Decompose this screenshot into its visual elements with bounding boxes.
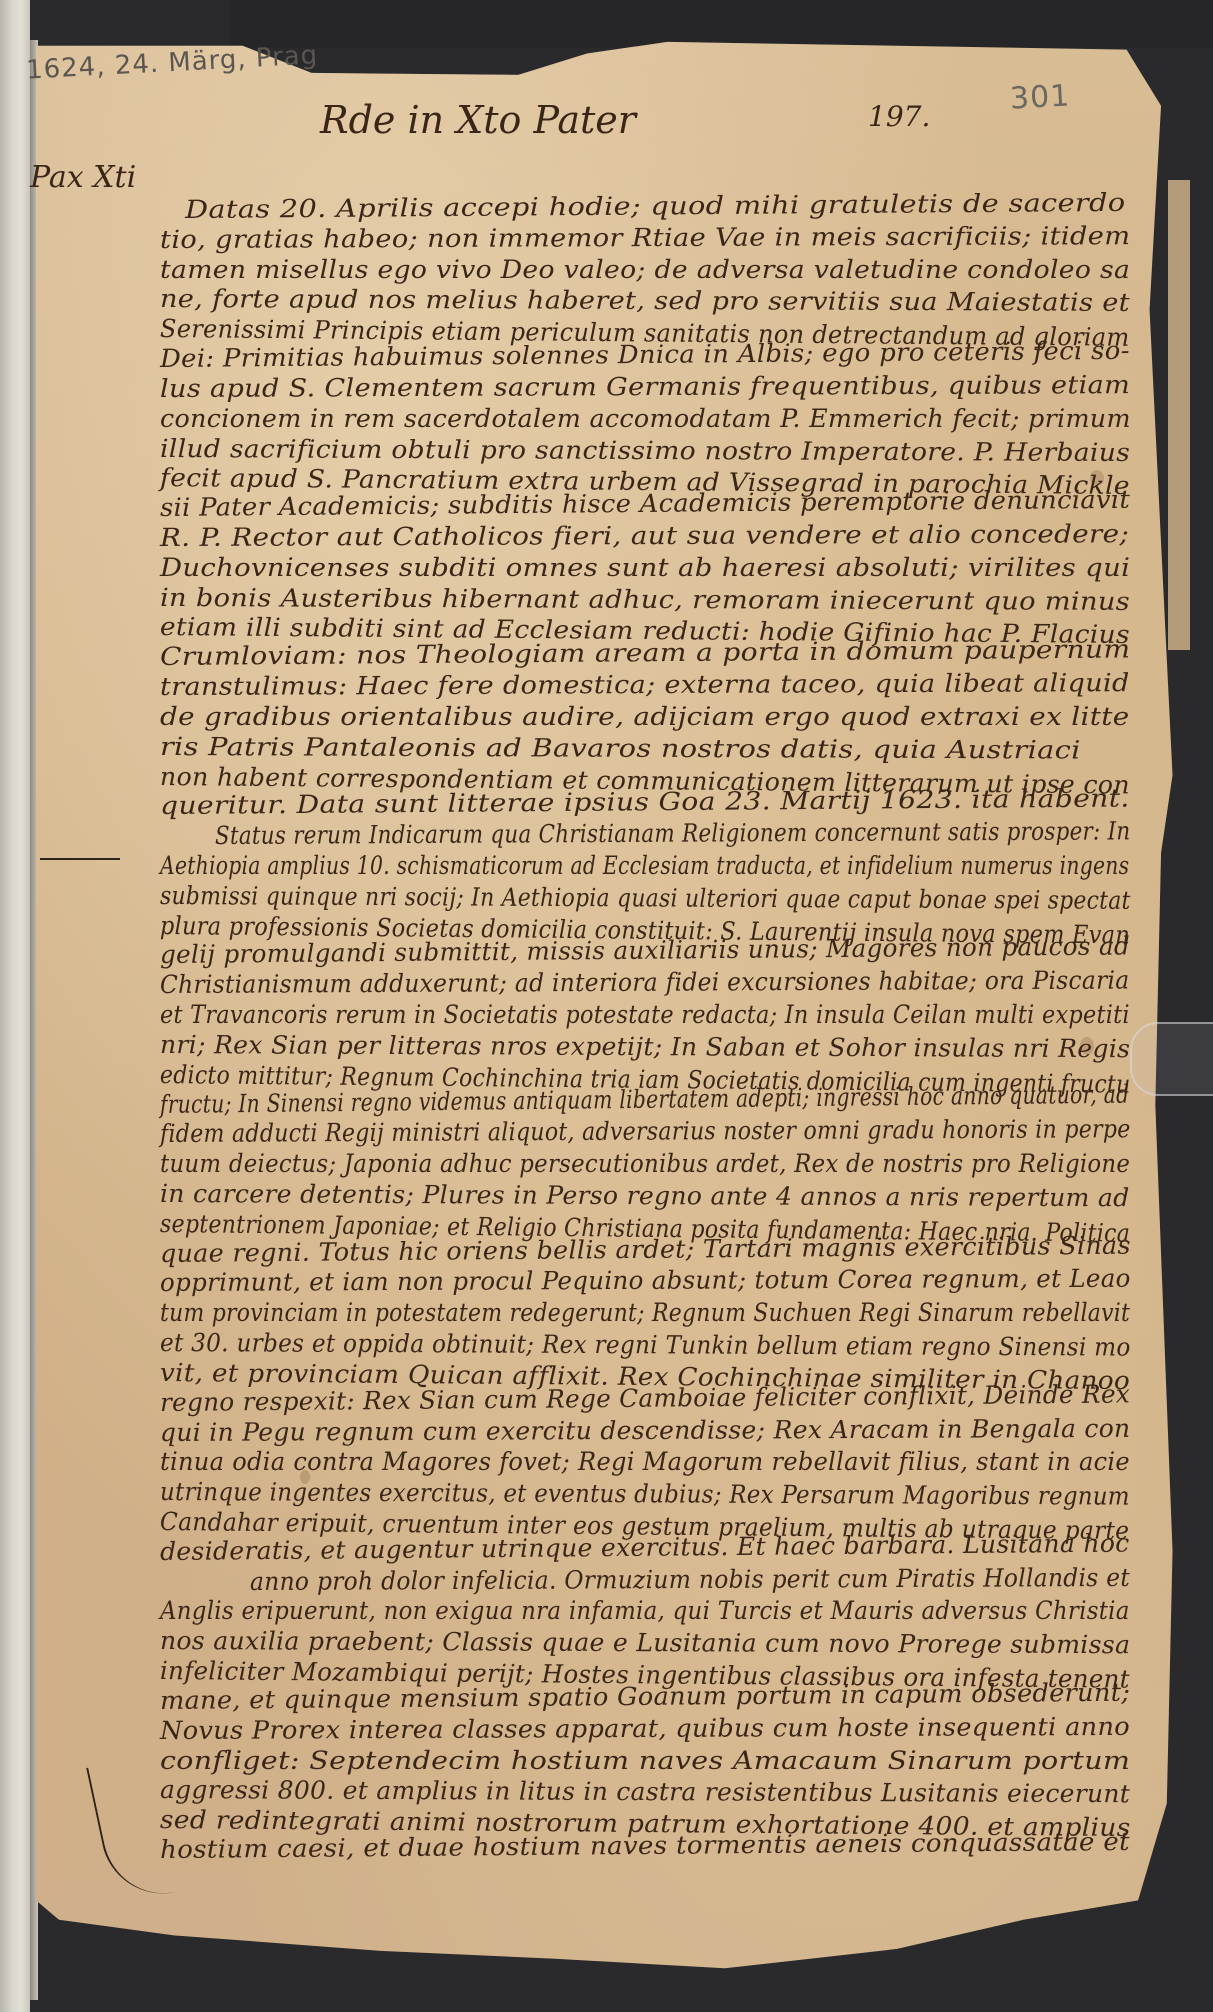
- manuscript-line: illud sacrificium obtuli pro sanctissimo…: [160, 434, 1130, 467]
- manuscript-line: R. P. Rector aut Catholicos fieri, aut s…: [160, 519, 1129, 552]
- manuscript-line: Duchovnicenses subditi omnes sunt ab hae…: [160, 553, 1130, 582]
- manuscript-line: tum provinciam in potestatem redegerunt;…: [160, 1298, 1130, 1327]
- letter-heading: Rde in Xto Pater: [320, 98, 636, 142]
- manuscript-line: Status rerum Indicarum qua Christianam R…: [215, 817, 1131, 851]
- manuscript-line: et Travancoris rerum in Societatis potes…: [160, 1000, 1130, 1029]
- manuscript-line: in bonis Austeribus hibernant adhuc, rem…: [160, 583, 1130, 616]
- plastic-clip: [1130, 1022, 1213, 1096]
- manuscript-line: tuum deiectus; Japonia adhuc persecution…: [160, 1149, 1130, 1178]
- manuscript-line: Christianismum adduxerunt; ad interiora …: [160, 966, 1130, 1000]
- manuscript-line: aggressi 800. et amplius in litus in cas…: [160, 1775, 1130, 1808]
- manuscript-line: submissi quinque nri socij; In Aethiopia…: [160, 881, 1131, 915]
- manuscript-line: de gradibus orientalibus audire, adijcia…: [160, 702, 1130, 731]
- manuscript-line: nri; Rex Sian per litteras nros expetijt…: [160, 1030, 1130, 1063]
- manuscript-line: ne, forte apud nos melius haberet, sed p…: [160, 284, 1130, 317]
- manuscript-line: opprimunt, et iam non procul Pequino abs…: [160, 1264, 1131, 1297]
- manuscript-line: fidem adducti Regij ministri aliquot, ad…: [160, 1115, 1131, 1149]
- manuscript-line: nos auxilia praebent; Classis quae e Lus…: [160, 1626, 1130, 1659]
- manuscript-line: Novus Prorex interea classes apparat, qu…: [160, 1712, 1130, 1745]
- margin-mark: [40, 858, 120, 860]
- manuscript-line: tinua odia contra Magores fovet; Regi Ma…: [160, 1447, 1130, 1476]
- manuscript-line: ris Patris Pantaleonis ad Bavaros nostro…: [160, 732, 1081, 764]
- manuscript-line: et 30. urbes et oppida obtinuit; Rex reg…: [160, 1328, 1131, 1362]
- manuscript-line: qui in Pegu regnum cum exercitu descendi…: [160, 1413, 1131, 1446]
- manuscript-line: tamen misellus ego vivo Deo valeo; de ad…: [160, 255, 1130, 284]
- manuscript-line: Aethiopia amplius 10. schismaticorum ad …: [160, 851, 1129, 880]
- manuscript-line: anno proh dolor infelicia. Ormuzium nobi…: [250, 1563, 1130, 1596]
- manuscript-line: in carcere detentis; Plures in Perso reg…: [160, 1179, 1130, 1212]
- manuscript-line: transtulimus: Haec fere domestica; exter…: [160, 668, 1130, 701]
- salutation: Pax Xti: [30, 160, 136, 195]
- manuscript-line: utrinque ingentes exercitus, et eventus …: [160, 1477, 1130, 1511]
- book-binding: [0, 0, 30, 2012]
- dark-backing-top: [230, 0, 1213, 48]
- folded-edge-strip: [1168, 180, 1190, 650]
- folio-number-ink: 197.: [868, 100, 930, 133]
- manuscript-line: concionem in rem sacerdotalem accomodata…: [160, 404, 1131, 433]
- manuscript-line: lus apud S. Clementem sacrum Germanis fr…: [160, 370, 1130, 403]
- folio-number-pencil: 301: [1009, 78, 1071, 116]
- manuscript-line: Anglis eripuerunt, non exigua nra infami…: [160, 1596, 1130, 1625]
- manuscript-line: confliget: Septendecim hostium naves Ama…: [160, 1746, 1130, 1775]
- manuscript-line: tio, gratias habeo; non immemor Rtiae Va…: [160, 221, 1131, 254]
